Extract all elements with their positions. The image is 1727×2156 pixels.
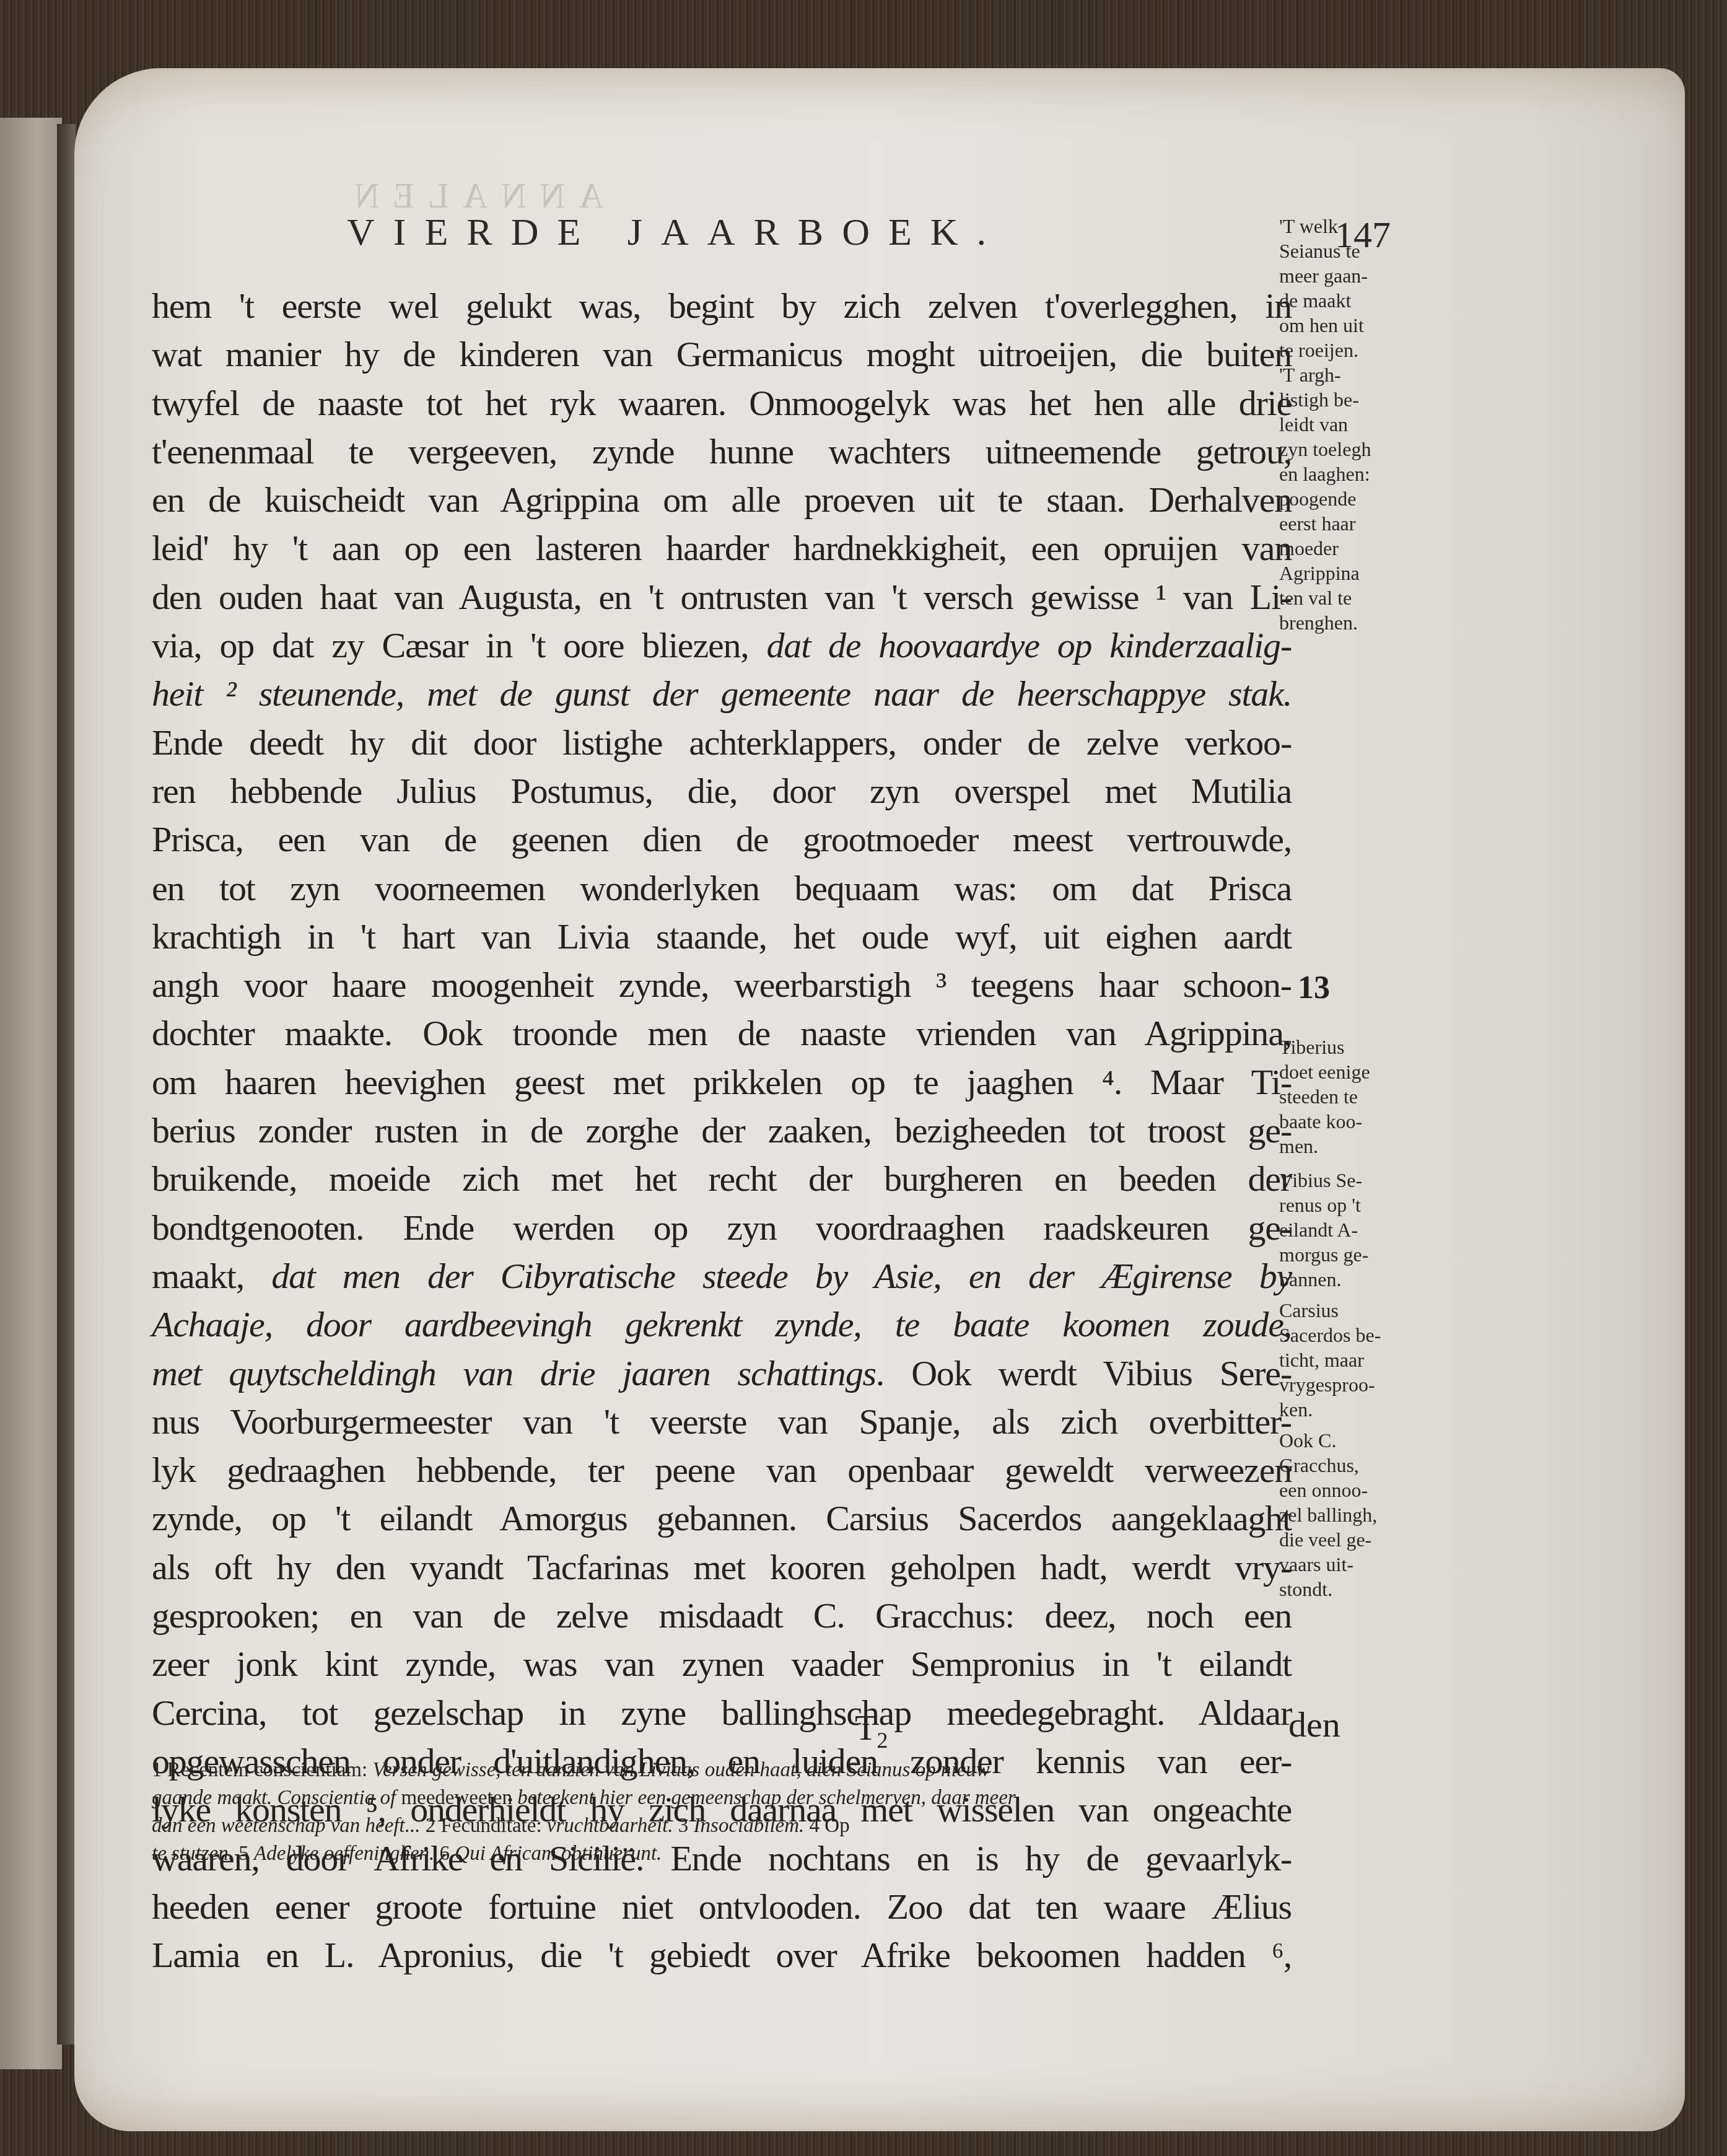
roman-text: Prisca, een van de geenen dien de grootm… [152, 819, 1292, 859]
margin-note-line: ticht, maar [1279, 1348, 1422, 1372]
margin-note-line: listigh be- [1279, 387, 1422, 412]
margin-note-line: Carsius [1279, 1298, 1422, 1323]
margin-note-line: morgus ge- [1279, 1242, 1422, 1267]
margin-note-line: vrygesproo- [1279, 1372, 1422, 1397]
signature-mark: T2 [855, 1707, 888, 1753]
signature-letter: T [855, 1707, 877, 1748]
margin-note-line: de maakt [1279, 288, 1422, 313]
left-page-edge [0, 118, 62, 2069]
roman-text: 3 [673, 1815, 694, 1837]
margin-note-line: eerst haar [1279, 511, 1422, 536]
margin-note-line: eilandt A- [1279, 1217, 1422, 1242]
margin-note-line: poogende [1279, 486, 1422, 511]
text-line: nus Voorburgermeester van 't veerste van… [152, 1398, 1292, 1446]
text-line: t'eenenmaal te vergeeven, zynde hunne wa… [152, 427, 1292, 476]
roman-text: 1 Recentem conscientiam: [152, 1759, 372, 1781]
footnotes: 1 Recentem conscientiam: Versch gewisse,… [152, 1756, 1316, 1868]
margin-note-seianus: 'T welkSeianus temeer gaan-de maaktom he… [1279, 214, 1422, 635]
footnote-line: gaande maakt. Conscientia of meedeweeten… [152, 1784, 1316, 1812]
italic-text: dat de hoovaardye op kinderzaalig- [767, 625, 1292, 665]
text-line: met quytscheldingh van drie jaaren schat… [152, 1349, 1292, 1398]
text-line: twyfel de naaste tot het ryk waaren. Onm… [152, 379, 1292, 427]
margin-note-line: renus op 't [1279, 1193, 1422, 1217]
margin-note-line: 'T argh- [1279, 362, 1422, 387]
text-line: Cercina, tot gezelschap in zyne ballingh… [152, 1689, 1292, 1737]
text-line: bruikende, moeide zich met het recht der… [152, 1155, 1292, 1203]
roman-text: nus Voorburgermeester van 't veerste van… [152, 1401, 1292, 1442]
text-line: en tot zyn voorneemen wonderlyken bequaa… [152, 864, 1292, 913]
margin-note-line: ken. [1279, 1397, 1422, 1422]
italic-text: Insociabilem. [694, 1815, 805, 1837]
roman-text: om haaren heevighen geest met prikkelen … [152, 1062, 1292, 1102]
text-line: als oft hy den vyandt Tacfarinas met koo… [152, 1543, 1292, 1592]
margin-note-line: leidt van [1279, 412, 1422, 437]
italic-text: beteekent hier een gemeenschap der schel… [517, 1787, 1016, 1809]
text-line: om haaren heevighen geest met prikkelen … [152, 1058, 1292, 1106]
margin-note-line: meer gaan- [1279, 263, 1422, 288]
catchword: den [1288, 1704, 1340, 1745]
roman-text: lyk gedraaghen hebbende, ter peene van o… [152, 1450, 1292, 1490]
roman-text: zeer jonk kint zynde, was van zynen vaad… [152, 1644, 1292, 1684]
margin-note-line: die veel ge- [1279, 1527, 1422, 1552]
italic-text: gaande maakt. Conscientia of [152, 1787, 401, 1809]
roman-text: ren hebbende Julius Postumus, die, door … [152, 771, 1292, 811]
margin-note-line: men. [1279, 1134, 1422, 1159]
italic-text: vruchtbaarheit. [547, 1815, 673, 1837]
text-line: zeer jonk kint zynde, was van zynen vaad… [152, 1640, 1292, 1688]
roman-text: en de kuischeidt van Agrippina om alle p… [152, 480, 1292, 520]
roman-text: Cercina, tot gezelschap in zyne ballingh… [152, 1693, 1292, 1733]
italic-text: heit ² steunende, met de gunst der gemee… [152, 673, 1292, 714]
text-line: angh voor haare moogenheit zynde, weerba… [152, 961, 1292, 1009]
italic-text: Adelyke oeffeninghen. [254, 1843, 434, 1865]
text-line: den ouden haat van Augusta, en 't ontrus… [152, 573, 1292, 621]
margin-note-line: Agrippina [1279, 561, 1422, 585]
margin-note-vibius: Vibius Se-renus op 'teilandt A-morgus ge… [1279, 1168, 1422, 1292]
roman-text: gesprooken; en van de zelve misdaadt C. … [152, 1595, 1292, 1636]
margin-note-line: een onnoo- [1279, 1478, 1422, 1502]
margin-note-line: vaars uit- [1279, 1552, 1422, 1577]
footnote-line: dan een weetenschap van heeft... 2 Fecun… [152, 1812, 1316, 1840]
text-line: ren hebbende Julius Postumus, die, door … [152, 767, 1292, 815]
book-gutter [57, 124, 76, 2044]
text-line: hem 't eerste wel gelukt was, begint by … [152, 282, 1292, 330]
margin-note-line: Vibius Se- [1279, 1168, 1422, 1193]
italic-text: Versch gewisse, ten aanzien van Liviaas … [372, 1759, 989, 1781]
text-line: lyk gedraaghen hebbende, ter peene van o… [152, 1446, 1292, 1494]
italic-text: Achaaje, door aardbeevingh gekrenkt zynd… [152, 1304, 1292, 1344]
margin-note-carsius: CarsiusSacerdos be-ticht, maarvrygesproo… [1279, 1298, 1422, 1422]
margin-note-gracchus: Ook C.Gracchus,een onnoo-zel ballingh,di… [1279, 1428, 1422, 1602]
margin-note-line: zel ballingh, [1279, 1502, 1422, 1527]
margin-note-line: Sacerdos be- [1279, 1323, 1422, 1348]
margin-note-line: baate koo- [1279, 1109, 1422, 1134]
margin-note-line: brenghen. [1279, 610, 1422, 635]
roman-text: krachtigh in 't hart van Livia staande, … [152, 916, 1292, 957]
text-line: Ende deedt hy dit door listighe achterkl… [152, 719, 1292, 767]
text-line: gesprooken; en van de zelve misdaadt C. … [152, 1592, 1292, 1640]
margin-note-line: 'T welk [1279, 214, 1422, 239]
roman-text: . Ook werdt Vibius Sere- [876, 1353, 1292, 1393]
roman-text: als oft hy den vyandt Tacfarinas met koo… [152, 1547, 1292, 1587]
roman-text: 5 [234, 1843, 254, 1865]
roman-text: wat manier hy de kinderen van Germanicus… [152, 334, 1292, 374]
roman-text: Ende deedt hy dit door listighe achterkl… [152, 722, 1292, 763]
margin-note-line: ten val te [1279, 585, 1422, 610]
roman-text: en tot zyn voorneemen wonderlyken bequaa… [152, 868, 1292, 908]
roman-text: angh voor haare moogenheit zynde, weerba… [152, 965, 1292, 1005]
roman-text: meedeweeten [401, 1787, 517, 1809]
roman-text: 4 Op [804, 1815, 849, 1837]
roman-text: Lamia en L. Apronius, die 't gebiedt ove… [152, 1935, 1292, 1975]
italic-text: dat men der Cibyratische steede by Asie,… [271, 1256, 1292, 1296]
italic-text: met quytscheldingh van drie jaaren schat… [152, 1353, 876, 1393]
margin-note-line: doet eenige [1279, 1059, 1422, 1084]
text-line: via, op dat zy Cæsar in 't oore bliezen,… [152, 621, 1292, 670]
text-line: berius zonder rusten in de zorghe der za… [152, 1106, 1292, 1155]
italic-text: te stutzen. [152, 1843, 234, 1865]
margin-note-line: en laaghen: [1279, 462, 1422, 486]
text-line: heeden eener groote fortuine niet ontvlo… [152, 1883, 1292, 1931]
text-line: Prisca, een van de geenen dien de grootm… [152, 815, 1292, 864]
roman-text: t'eenenmaal te vergeeven, zynde hunne wa… [152, 431, 1292, 471]
text-line: wat manier hy de kinderen van Germanicus… [152, 330, 1292, 379]
roman-text: bondtgenooten. Ende werden op zyn voordr… [152, 1207, 1292, 1248]
text-line: Lamia en L. Apronius, die 't gebiedt ove… [152, 1931, 1292, 1979]
text-line: en de kuischeidt van Agrippina om alle p… [152, 476, 1292, 524]
main-text-block: hem 't eerste wel gelukt was, begint by … [152, 282, 1292, 1979]
italic-text: dan een weetenschap van heeft... [152, 1815, 420, 1837]
roman-text: heeden eener groote fortuine niet ontvlo… [152, 1887, 1292, 1927]
margin-note-line: bannen. [1279, 1267, 1422, 1292]
text-line: krachtigh in 't hart van Livia staande, … [152, 913, 1292, 961]
margin-note-line: Tiberius [1279, 1035, 1422, 1059]
roman-text: hem 't eerste wel gelukt was, begint by … [152, 286, 1292, 326]
roman-text: berius zonder rusten in de zorghe der za… [152, 1110, 1292, 1150]
margin-note-tiberius: Tiberiusdoet eenigesteeden tebaate koo-m… [1279, 1035, 1422, 1159]
roman-text: bruikende, moeide zich met het recht der… [152, 1159, 1292, 1199]
roman-text: 6 [434, 1843, 455, 1865]
text-line: heit ² steunende, met de gunst der gemee… [152, 670, 1292, 718]
text-line: maakt, dat men der Cibyratische steede b… [152, 1252, 1292, 1300]
roman-text: maakt, [152, 1256, 271, 1296]
book-page: ANNALEN VIERDE JAARBOEK. 147 hem 't eers… [74, 68, 1685, 2131]
roman-text: 2 Fecunditate: [420, 1815, 546, 1837]
margin-note-line: te roeijen. [1279, 338, 1422, 362]
roman-text: via, op dat zy Cæsar in 't oore bliezen, [152, 625, 767, 665]
roman-text: twyfel de naaste tot het ryk waaren. Onm… [152, 383, 1292, 423]
running-head: VIERDE JAARBOEK. [347, 211, 1005, 255]
text-line: zynde, op 't eilandt Amorgus gebannen. C… [152, 1494, 1292, 1543]
text-line: bondtgenooten. Ende werden op zyn voordr… [152, 1204, 1292, 1252]
margin-note-line: moeder [1279, 536, 1422, 561]
margin-note-line: om hen uit [1279, 313, 1422, 338]
margin-note-line: stondt. [1279, 1577, 1422, 1602]
footnote-line: 1 Recentem conscientiam: Versch gewisse,… [152, 1756, 1316, 1784]
section-number: 13 [1298, 970, 1330, 1006]
text-line: Achaaje, door aardbeevingh gekrenkt zynd… [152, 1300, 1292, 1349]
margin-note-line: zyn toelegh [1279, 437, 1422, 462]
margin-note-line: Ook C. [1279, 1428, 1422, 1453]
roman-text: leid' hy 't aan op een lasteren haarder … [152, 528, 1292, 568]
roman-text: dochter maakte. Ook troonde men de naast… [152, 1013, 1292, 1053]
footnote-line: te stutzen. 5 Adelyke oeffeninghen. 6 Qu… [152, 1840, 1316, 1868]
italic-text: Qui Africam obtinuerunt. [455, 1843, 662, 1865]
text-line: leid' hy 't aan op een lasteren haarder … [152, 524, 1292, 572]
text-line: dochter maakte. Ook troonde men de naast… [152, 1009, 1292, 1058]
margin-note-line: steeden te [1279, 1084, 1422, 1109]
margin-note-line: Gracchus, [1279, 1453, 1422, 1478]
roman-text: den ouden haat van Augusta, en 't ontrus… [152, 577, 1292, 617]
margin-note-line: Seianus te [1279, 239, 1422, 263]
roman-text: zynde, op 't eilandt Amorgus gebannen. C… [152, 1498, 1292, 1538]
signature-number: 2 [877, 1728, 888, 1753]
